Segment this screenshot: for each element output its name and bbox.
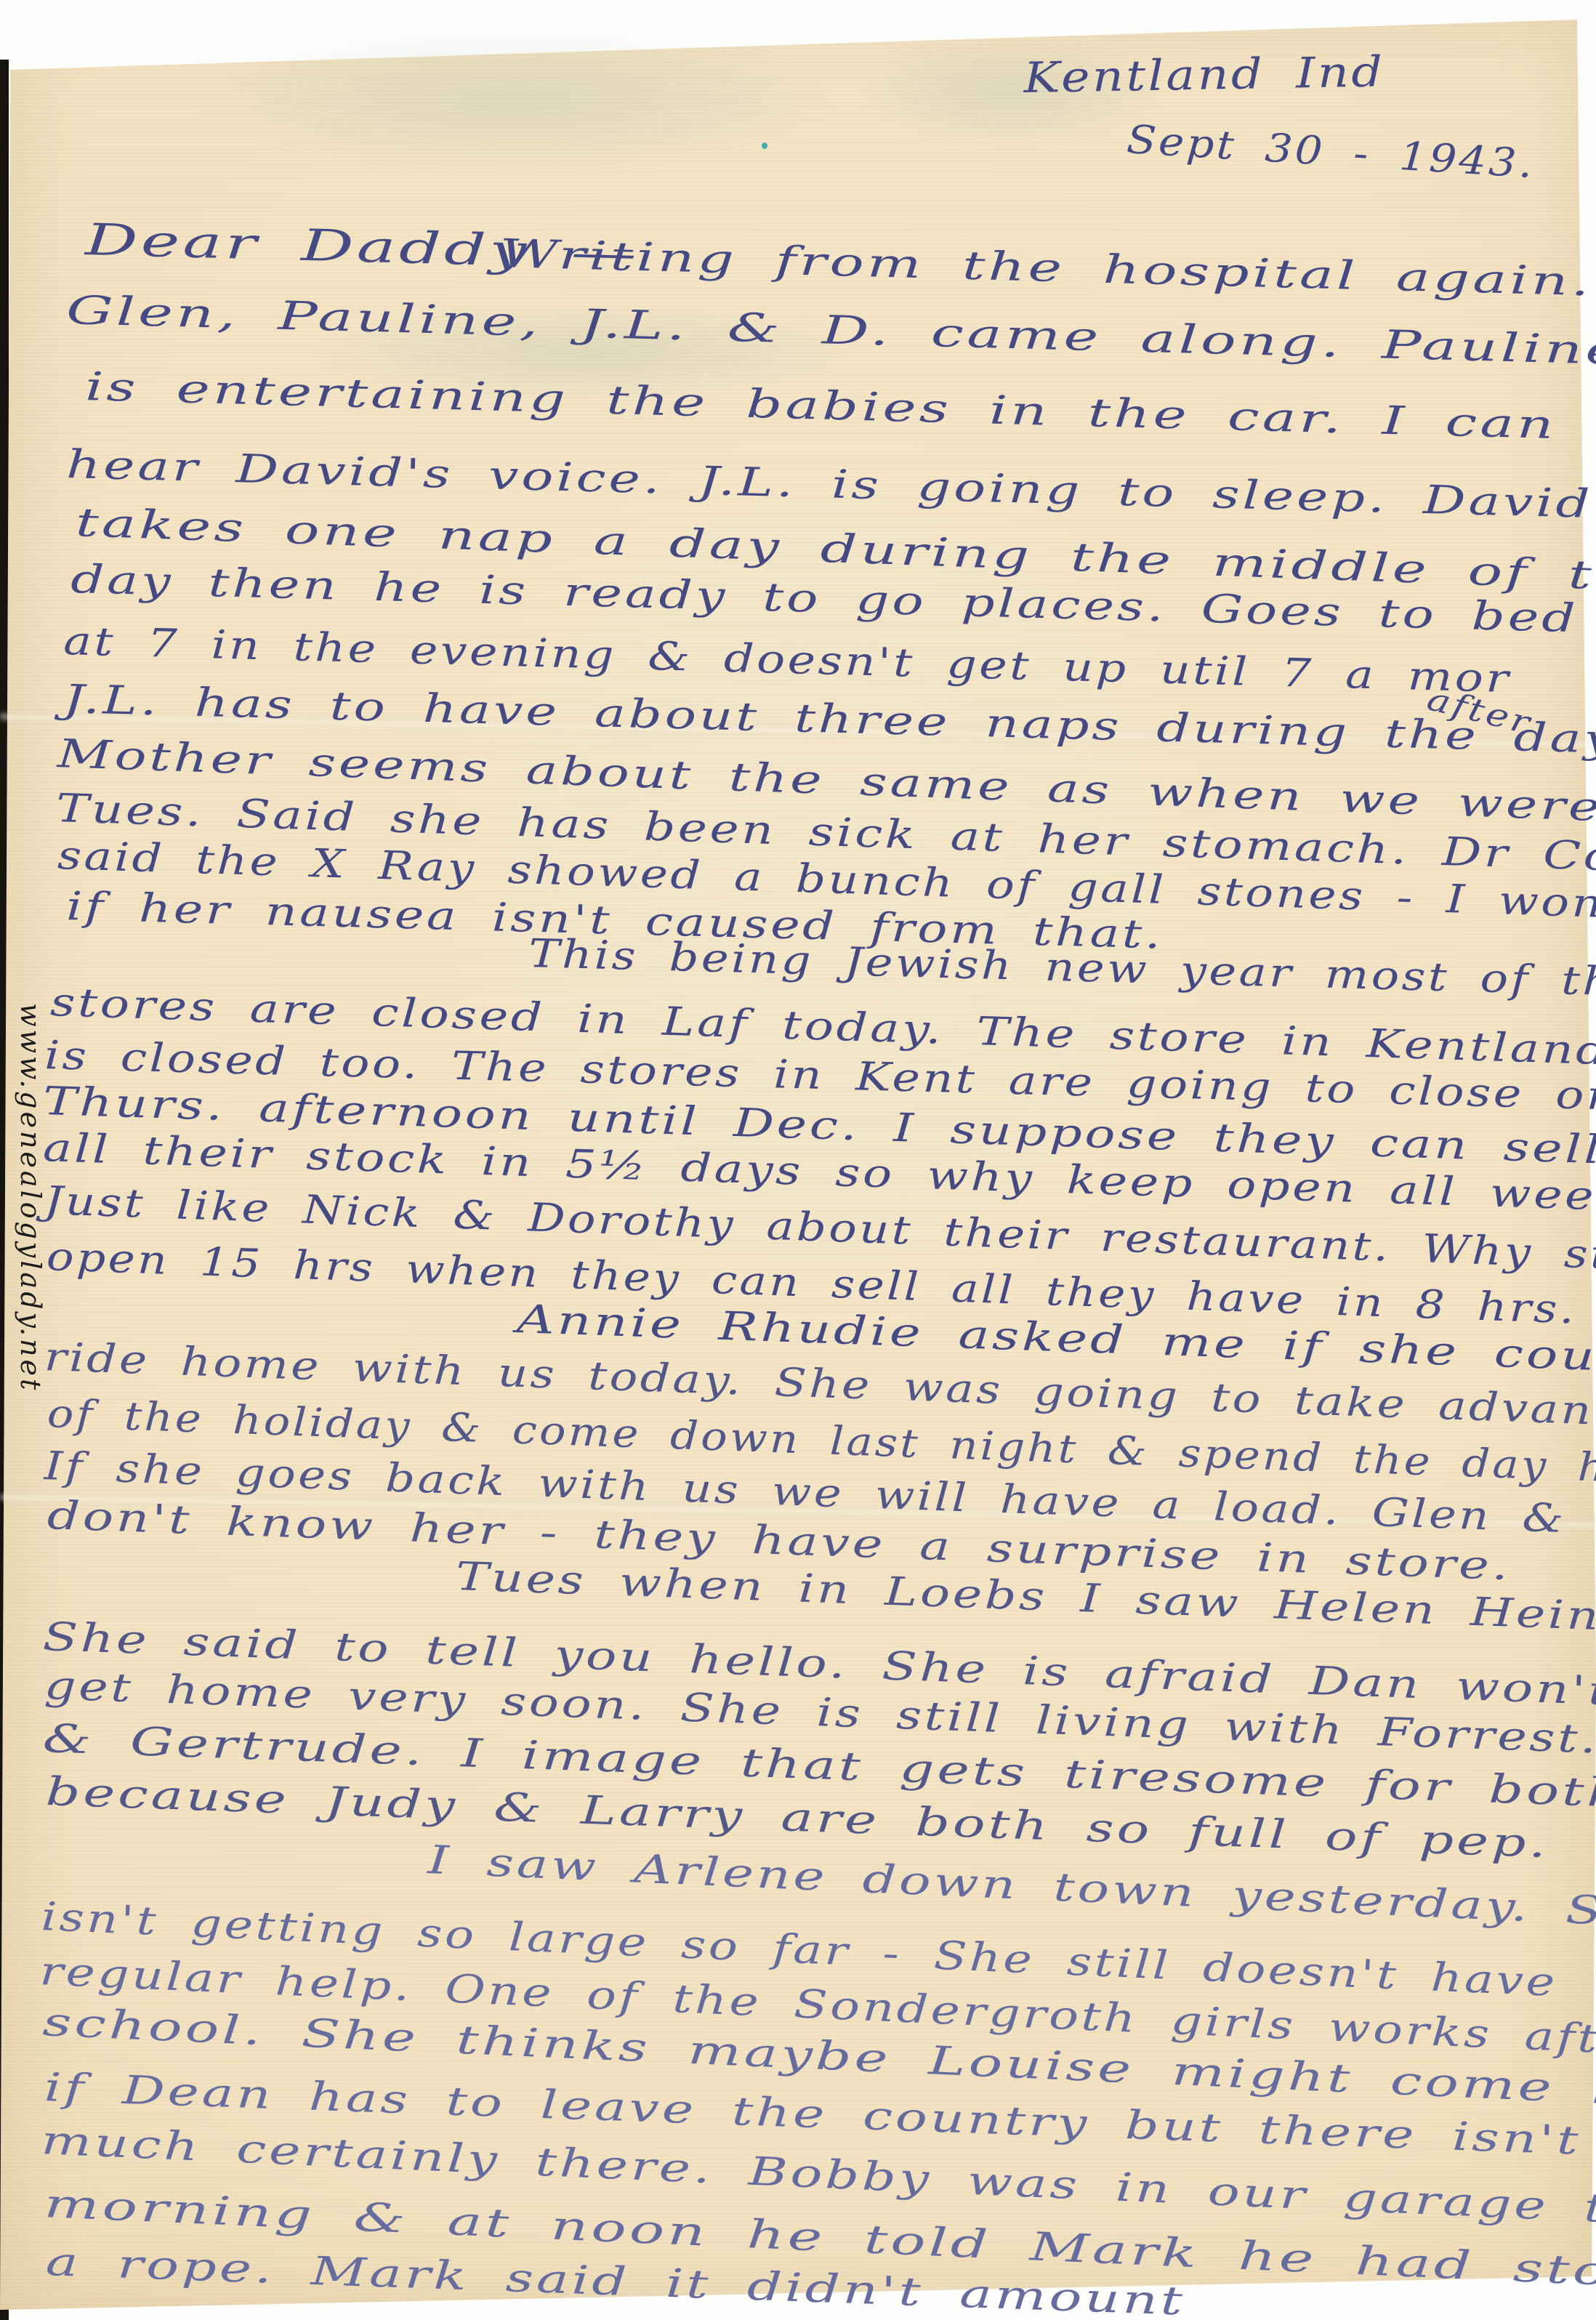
ink-showthrough [189,29,843,167]
ink-speck [762,142,767,149]
letter-location: Kentland Ind [1023,50,1385,99]
watermark-url: www.genealogylady.net [15,1003,47,1393]
scanned-letter-page: { "scan": { "watermark_text": "www.genea… [0,0,1596,2320]
